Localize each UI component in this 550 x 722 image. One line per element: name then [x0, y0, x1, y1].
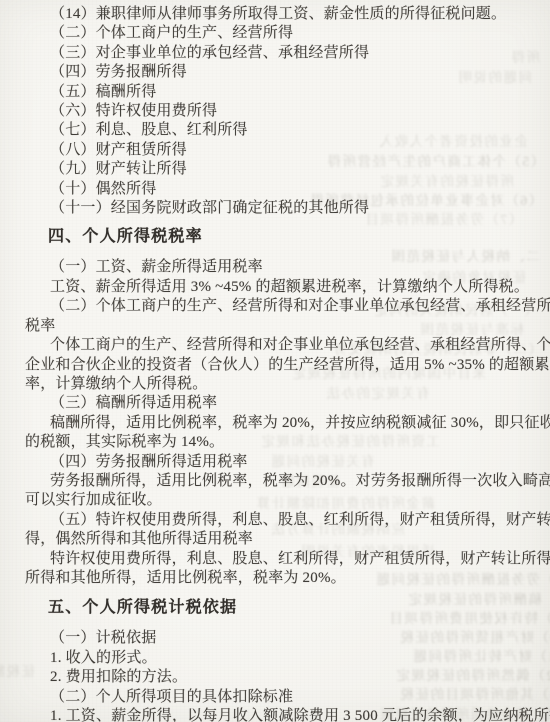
paragraph-line: 工资、薪金所得适用 3% ~45% 的超额累进税率，计算缴纳个人所得税。 [25, 278, 527, 297]
list-item: （八）财产租赁所得 [25, 141, 527, 160]
paragraph-line: 2. 费用扣除的方法。 [25, 668, 527, 687]
list-item: （14）兼职律师从律师事务所取得工资、薪金性质的所得征税问题。 [25, 5, 527, 24]
list-item: （九）财产转让所得 [25, 160, 527, 179]
list-item: （四）劳务报酬所得 [25, 63, 527, 82]
paragraph-line: 率，计算缴纳个人所得税。 [25, 375, 527, 394]
paragraph-line: 企业和合伙企业的投资者（合伙人）的生产经营所得，适用 5% ~35% 的超额累进… [25, 356, 527, 375]
paragraph-line: （二）个体工商户的生产、经营所得和对企事业单位承包经营、承租经营所得适用 [25, 297, 527, 316]
list-item: （六）特许权使用费所得 [25, 102, 527, 121]
list-item: （二）个体工商户的生产、经营所得 [25, 24, 527, 43]
paragraph-line: 税率 [25, 317, 527, 336]
paragraph-line: 的税额，其实际税率为 14%。 [25, 433, 527, 452]
paragraph-line: 得，偶然所得和其他所得适用税率 [25, 530, 527, 549]
list-item: （十）偶然所得 [25, 180, 527, 199]
paragraph-line: 特许权使用费所得，利息、股息、红利所得，财产租赁所得，财产转让所得，偶然 [25, 550, 527, 569]
section-heading-tax-basis: 五、个人所得税计税依据 [25, 597, 527, 619]
paragraph-line: 1. 收入的形式。 [25, 649, 527, 668]
paragraph-line: 劳务报酬所得，适用比例税率，税率为 20%。对劳务报酬所得一次收入畸高的， [25, 472, 527, 491]
list-item: （三）对企事业单位的承包经营、承租经营所得 [25, 44, 527, 63]
paragraph-line: 可以实行加成征收。 [25, 491, 527, 510]
paragraph-line: （四）劳务报酬所得适用税率 [25, 453, 527, 472]
list-item: （十一）经国务院财政部门确定征税的其他所得 [25, 199, 527, 218]
paragraph-line: 所得和其他所得，适用比例税率，税率为 20%。 [25, 569, 527, 588]
document-text: （14）兼职律师从律师事务所取得工资、薪金性质的所得征税问题。 （二）个体工商户… [25, 5, 527, 722]
paragraph-line: 1. 工资、薪金所得，以每月收入额减除费用 3 500 元后的余额，为应纳税所得… [25, 707, 527, 722]
paragraph-line: 个体工商户的生产、经营所得和对企事业单位承包经营、承租经营所得、个人独资 [25, 336, 527, 355]
paragraph-line: （三）稿酬所得适用税率 [25, 394, 527, 413]
paragraph-line: （一）计税依据 [25, 629, 527, 648]
paragraph-line: 稿酬所得，适用比例税率，税率为 20%，并按应纳税额减征 30%，即只征收 70… [25, 414, 527, 433]
section-heading-tax-rates: 四、个人所得税税率 [25, 226, 527, 248]
list-item: （五）稿酬所得 [25, 83, 527, 102]
list-item: （七）利息、股息、红利所得 [25, 121, 527, 140]
scanned-book-page: 所得 问题的说明 企业的投资者个人收入 （5）个体工商户的生产经营所得 所得征税… [0, 0, 550, 722]
paragraph-line: （五）特许权使用费所得，利息、股息、红利所得，财产租赁所得，财产转让所 [25, 511, 527, 530]
paragraph-line: （二）个人所得项目的具体扣除标准 [25, 688, 527, 707]
paragraph-line: （一）工资、薪金所得适用税率 [25, 258, 527, 277]
